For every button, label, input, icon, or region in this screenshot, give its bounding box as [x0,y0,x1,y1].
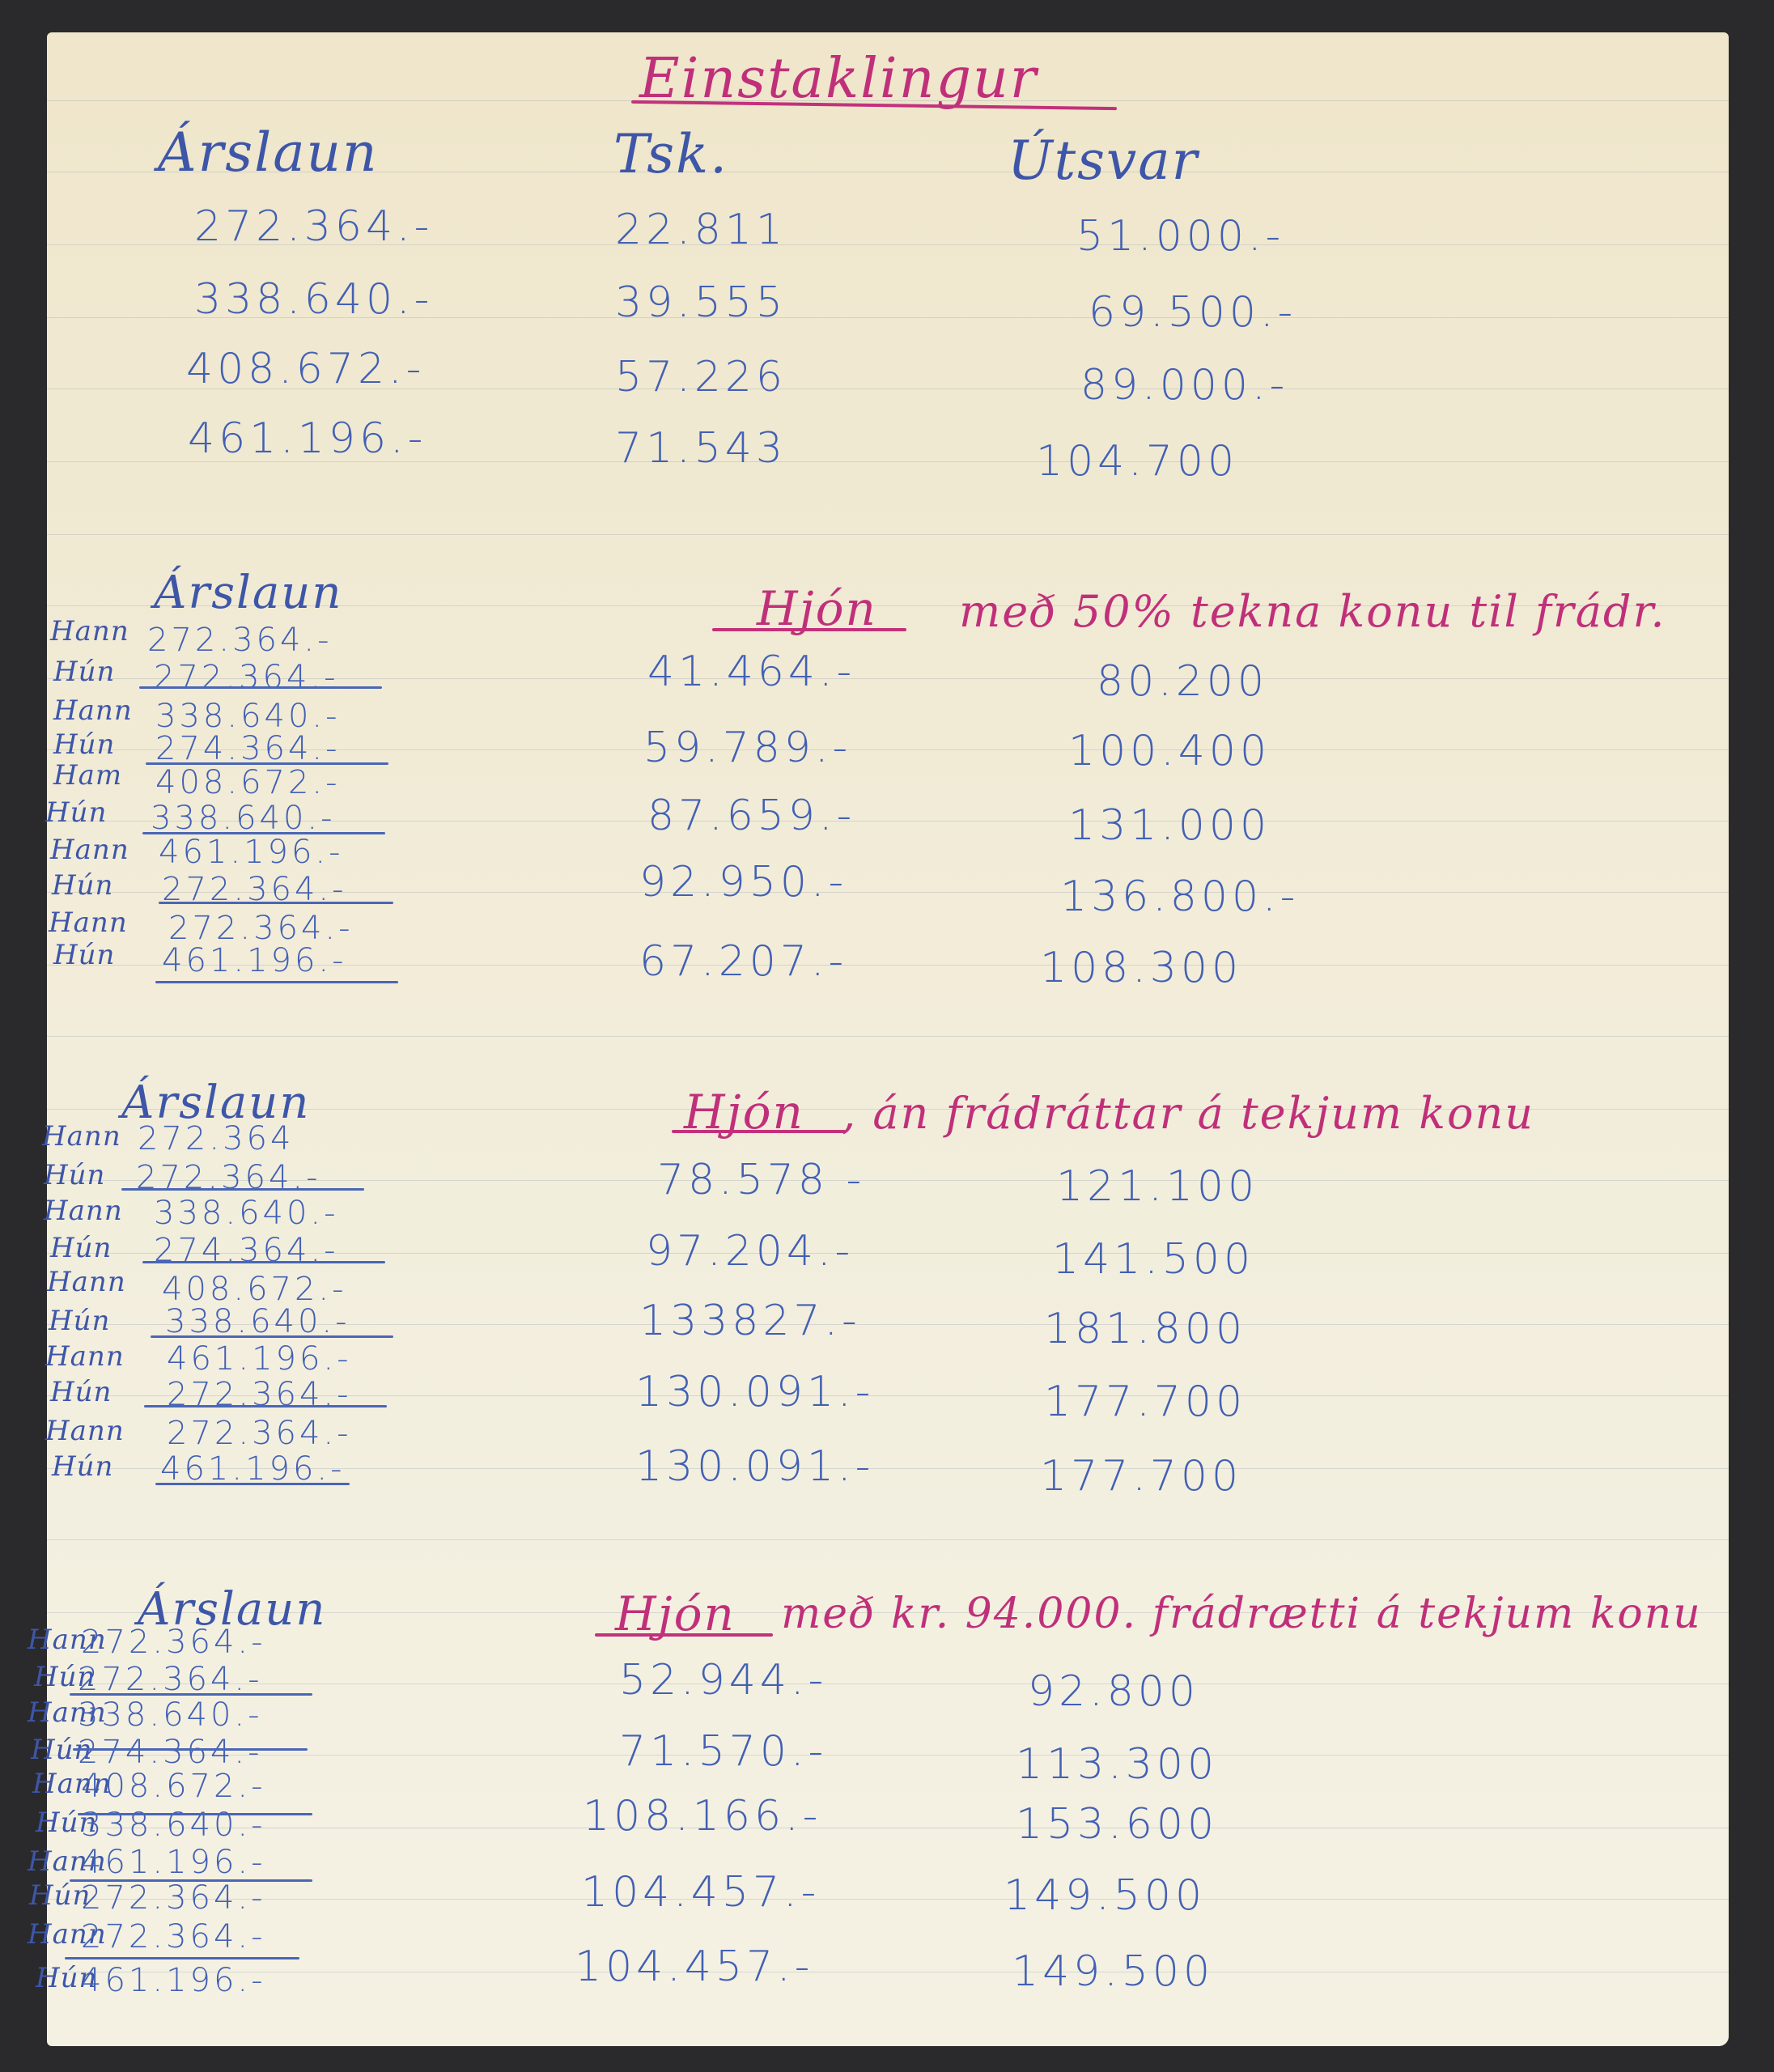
income-value: 338.640.- [194,275,433,324]
municipal-value: 113.300 [1016,1740,1218,1789]
municipal-value: 108.300 [1040,944,1242,992]
ruled-line [47,1972,1729,1972]
sum-underline [121,1188,364,1191]
wife-income: 274.364.- [78,1734,263,1771]
tax-value: 92.950.- [639,858,847,906]
municipal-value: 141.500 [1052,1235,1254,1284]
paper-sheet [47,32,1729,2046]
husband-income: 272.364.- [81,1918,266,1955]
tax-value: 130.091.- [635,1368,874,1416]
wife-label: Hún [53,939,115,971]
column-header-municipal: Útsvar [1008,129,1199,192]
ruled-line [47,1036,1729,1037]
husband-label: Hann [44,1195,123,1227]
husband-income: 408.672.- [155,764,341,801]
tax-value: 22.811 [615,206,787,254]
tax-value: 41.464.- [647,647,855,696]
wife-income: 272.364.- [167,1376,352,1413]
sum-underline [144,1405,387,1408]
wife-label: Hún [49,1305,110,1337]
wife-income: 338.640.- [81,1807,266,1844]
husband-income: 461.196.- [81,1844,266,1881]
municipal-value: 121.100 [1056,1162,1258,1211]
municipal-value: 131.000 [1068,801,1271,850]
husband-label: Hann [42,1120,121,1153]
municipal-value: 149.500 [1012,1947,1214,1996]
tax-value: 67.207.- [639,937,847,986]
wife-label: Hún [44,1159,105,1191]
tax-value: 97.204.- [646,1227,854,1276]
municipal-value: 100.400 [1068,727,1271,775]
municipal-value: 177.700 [1040,1452,1242,1501]
tax-value: 52.944.- [619,1656,827,1705]
column-header-income: Árslaun [154,567,342,619]
husband-income: 272.364.- [167,1415,352,1452]
sum-underline [155,981,398,983]
section-title-rest: með 50% tekna konu til frádr. [959,586,1666,637]
husband-income: 338.640.- [78,1696,263,1734]
column-header-tax: Tsk. [613,123,728,185]
tax-value: 87.659.- [647,792,855,840]
municipal-value: 177.700 [1044,1378,1246,1426]
sum-underline [65,1957,299,1959]
income-value: 408.672.- [186,345,425,393]
husband-income: 272.364 [138,1120,294,1157]
wife-income: 274.364.- [154,1232,339,1269]
husband-income: 272.364.- [81,1624,266,1661]
ruled-line [47,1899,1729,1900]
sum-underline [78,1813,312,1815]
wife-label: Hún [52,869,113,902]
section-title-rest: , án frádráttar á tekjum konu [842,1088,1534,1139]
wife-label: Hún [52,1450,113,1483]
income-value: 461.196.- [188,414,427,463]
municipal-value: 92.800 [1028,1667,1199,1716]
husband-label: Hann [53,694,133,727]
column-header-income: Árslaun [158,121,379,184]
tax-value: 39.555 [615,278,787,327]
sum-underline [142,1261,385,1263]
husband-label: Hann [45,1415,125,1447]
sum-underline [73,1748,308,1751]
tax-value: 133827.- [639,1297,861,1345]
ruled-line [47,1683,1729,1684]
wife-label: Hún [50,1232,112,1264]
wife-label: Hún [50,1376,112,1408]
title-underline [712,628,906,631]
tax-value: 104.457.- [575,1942,813,1991]
wife-income: 272.364.- [154,659,339,696]
ruled-line [47,1539,1729,1540]
sum-underline [159,902,393,904]
husband-income: 338.640.- [154,1195,339,1232]
sum-underline [151,1335,393,1338]
tax-value: 130.091.- [635,1442,874,1491]
wife-income: 272.364.- [81,1879,266,1917]
title-underline [595,1633,773,1637]
husband-label: Hann [50,834,129,866]
tax-value: 59.789.- [643,724,851,772]
municipal-value: 89.000.- [1080,361,1288,410]
income-value: 272.364.- [194,202,433,251]
tax-value: 71.543 [615,424,787,473]
municipal-value: 181.800 [1044,1305,1246,1353]
wife-income: 272.364.- [136,1159,321,1196]
section-title-rest: með kr. 94.000. frádrætti á tekjum konu [781,1590,1702,1638]
tax-value: 71.570.- [619,1727,827,1776]
municipal-value: 80.200 [1097,657,1268,706]
husband-label: Hann [49,906,128,939]
sum-underline [70,1879,312,1882]
municipal-value: 136.800.- [1060,873,1299,921]
municipal-value: 104.700 [1036,437,1238,486]
wife-label: Hún [45,796,107,829]
ruled-line [47,1828,1729,1828]
ruled-line [47,1755,1729,1756]
municipal-value: 69.500.- [1089,288,1297,337]
ruled-line [47,534,1729,535]
husband-label: Ham [53,759,122,792]
husband-income: 272.364.- [147,622,333,659]
title-underline [672,1130,846,1133]
husband-income: 461.196.- [167,1340,352,1378]
tax-value: 57.226 [615,353,787,401]
husband-income: 408.672.- [81,1768,266,1805]
wife-label: Hún [53,728,115,761]
wife-label: Hún [53,656,115,688]
tax-value: 78.578 - [657,1156,865,1204]
sum-underline [70,1693,312,1696]
tax-value: 108.166.- [583,1792,821,1841]
municipal-value: 149.500 [1004,1871,1206,1920]
tax-value: 104.457.- [581,1868,820,1917]
husband-income: 461.196.- [159,834,344,871]
sum-underline [155,1483,350,1485]
municipal-value: 153.600 [1016,1800,1218,1849]
sum-underline [139,686,382,689]
municipal-value: 51.000.- [1076,212,1284,261]
husband-label: Hann [50,615,129,647]
wife-income: 461.196.- [162,942,347,979]
husband-label: Hann [45,1340,125,1373]
husband-label: Hann [47,1266,126,1298]
wife-income: 461.196.- [81,1962,266,1999]
